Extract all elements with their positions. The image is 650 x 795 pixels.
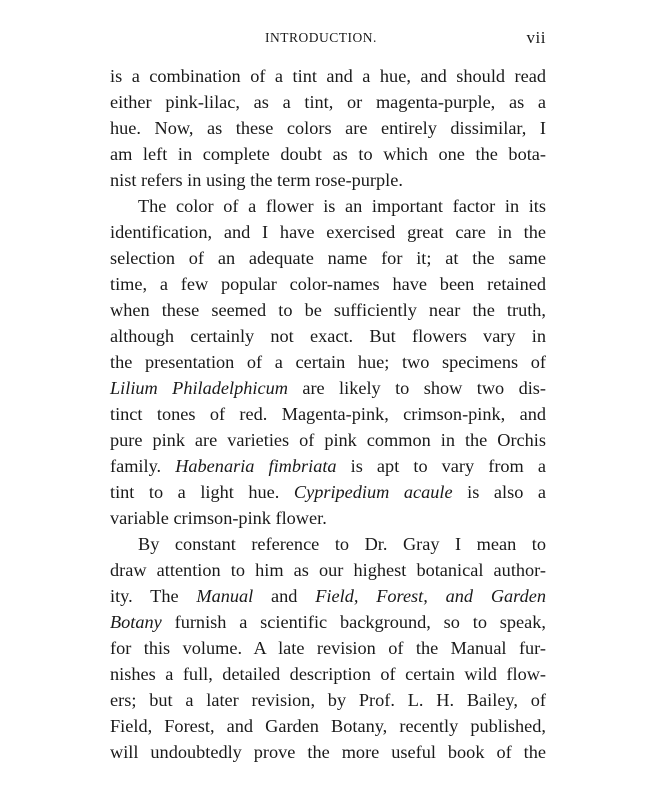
text-line: ity. The Manual and Field, Forest, and G…: [110, 583, 546, 609]
text-line: nist refers in using the term rose-purpl…: [110, 167, 546, 193]
book-title: Botany: [110, 612, 162, 632]
text-line: identification, and I have exercised gre…: [110, 219, 546, 245]
paragraph: By constant reference to Dr. Gray I mean…: [110, 531, 546, 765]
text-line: either pink-lilac, as a tint, or magenta…: [110, 89, 546, 115]
species-name: Cypripedium acaule: [294, 482, 453, 502]
text-line: By constant reference to Dr. Gray I mean…: [110, 531, 546, 557]
text-line: the presentation of a certain hue; two s…: [110, 349, 546, 375]
page-number: vii: [527, 28, 546, 48]
paragraph: The color of a flower is an important fa…: [110, 193, 546, 531]
species-name: Lilium Philadelphicum: [110, 378, 288, 398]
text-line: am left in complete doubt as to which on…: [110, 141, 546, 167]
text-line: nishes a full, detailed description of c…: [110, 661, 546, 687]
running-title: INTRODUCTION.: [265, 30, 377, 46]
text-line: variable crimson-pink flower.: [110, 505, 546, 531]
text-line: The color of a flower is an important fa…: [110, 193, 546, 219]
text-line: is a combination of a tint and a hue, an…: [110, 63, 546, 89]
text-line: Botany furnish a scientific background, …: [110, 609, 546, 635]
text-line: although certainly not exact. But flower…: [110, 323, 546, 349]
running-head: INTRODUCTION. vii: [110, 30, 546, 50]
text-line: tinct tones of red. Magenta-pink, crimso…: [110, 401, 546, 427]
text-line: for this volume. A late revision of the …: [110, 635, 546, 661]
text-line: Field, Forest, and Garden Botany, recent…: [110, 713, 546, 739]
text-line: selection of an adequate name for it; at…: [110, 245, 546, 271]
text-line: tint to a light hue. Cypripedium acaule …: [110, 479, 546, 505]
body-text: is a combination of a tint and a hue, an…: [110, 63, 546, 765]
book-title: Field, Forest, and Garden: [315, 586, 546, 606]
text-line: hue. Now, as these colors are entirely d…: [110, 115, 546, 141]
text-line: pure pink are varieties of pink common i…: [110, 427, 546, 453]
text-line: ers; but a later revision, by Prof. L. H…: [110, 687, 546, 713]
text-line: will undoubtedly prove the more useful b…: [110, 739, 546, 765]
species-name: Habenaria fimbriata: [175, 456, 336, 476]
text-line: Lilium Philadelphicum are likely to show…: [110, 375, 546, 401]
text-line: family. Habenaria fimbriata is apt to va…: [110, 453, 546, 479]
text-line: when these seemed to be sufficiently nea…: [110, 297, 546, 323]
book-title: Manual: [196, 586, 253, 606]
paragraph: is a combination of a tint and a hue, an…: [110, 63, 546, 193]
text-line: time, a few popular color-names have bee…: [110, 271, 546, 297]
text-line: draw attention to him as our highest bot…: [110, 557, 546, 583]
